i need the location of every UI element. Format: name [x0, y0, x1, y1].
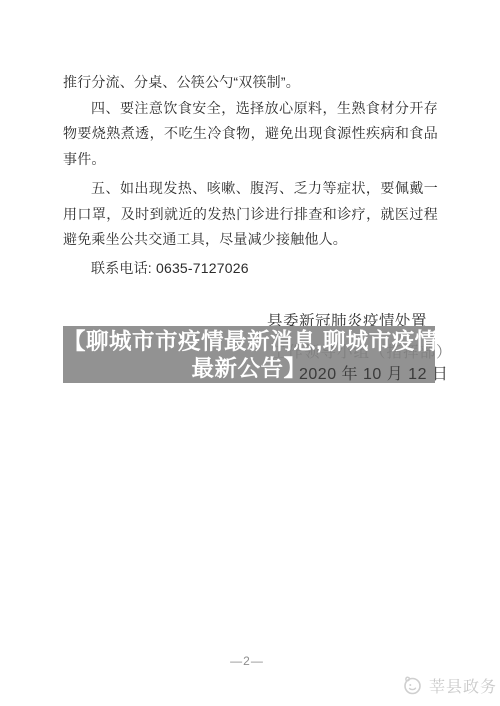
brand-name: 莘县政务 [429, 674, 497, 697]
text-line: 五、如出现发热、咳嗽、腹泻、乏力等症状，要佩戴一次性医 [63, 176, 438, 202]
text-line: 用口罩，及时到就近的发热门诊进行排查和诊疗，就医过程尽量 [63, 202, 438, 228]
text-line: 物要烧熟煮透，不吃生冷食物，避免出现食源性疾病和食品安全 [63, 121, 438, 147]
text-line: 避免乘坐公共交通工具，尽量减少接触他人。 [63, 227, 438, 253]
text-line: 四、要注意饮食安全，选择放心原料，生熟食材分开存放。食 [63, 96, 438, 122]
document-page: { "doc": { "lines": [ "推行分流、分桌、公筷公勺“双筷制”… [0, 0, 500, 706]
page-number: —2— [217, 654, 277, 668]
contact-phone-line: 联系电话: 0635-7127026 [63, 256, 438, 282]
mascot-face-icon [400, 673, 424, 697]
watermark-title-line-1: 【聊城市市疫情最新消息,聊城市疫情 [63, 328, 435, 355]
watermark-title: 【聊城市市疫情最新消息,聊城市疫情 最新公告】 [63, 328, 435, 382]
brand-logo: 莘县政务 [400, 672, 497, 698]
body-text: 推行分流、分桌、公筷公勺“双筷制”。 四、要注意饮食安全，选择放心原料，生熟食材… [63, 70, 438, 281]
text-line: 事件。 [63, 147, 438, 173]
watermark-title-line-2: 最新公告】 [63, 355, 435, 382]
text-line: 推行分流、分桌、公筷公勺“双筷制”。 [63, 70, 438, 96]
